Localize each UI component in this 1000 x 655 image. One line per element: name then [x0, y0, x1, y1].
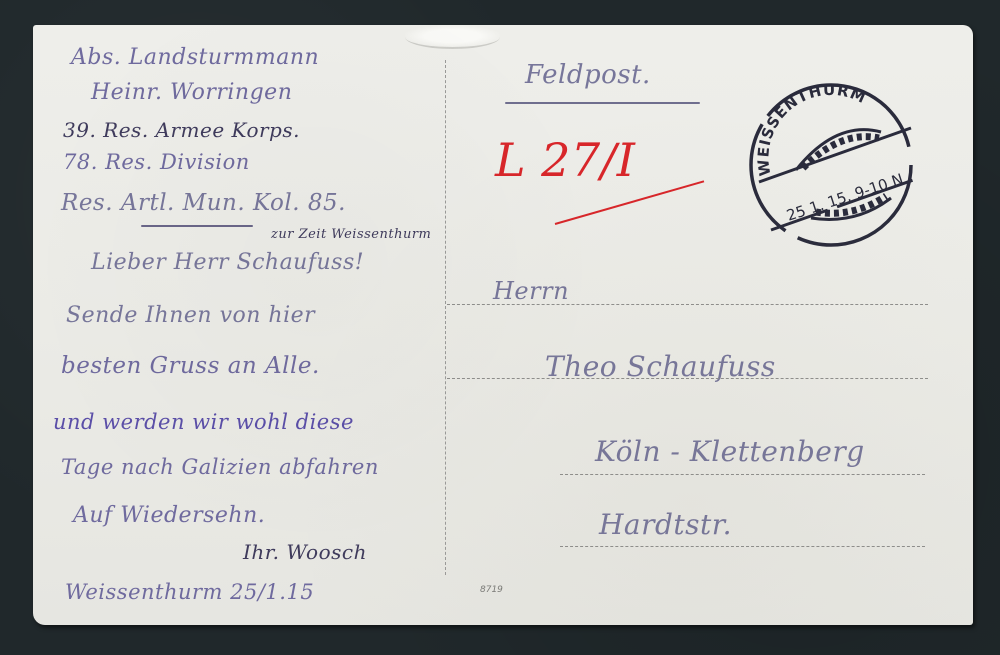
- red-notation-underline: [555, 180, 705, 225]
- address-line-4: [560, 546, 925, 547]
- message-line-4: Tage nach Galizien abfahren: [61, 455, 379, 479]
- address-city: Köln - Klettenberg: [595, 435, 865, 468]
- message-line-1: Sende Ihnen von hier: [66, 303, 315, 328]
- message-line-5: Auf Wiedersehn.: [73, 503, 265, 528]
- postmark-datetime: 25 1. 15. 9-10 N: [784, 170, 905, 225]
- card-divider-line: [445, 60, 446, 575]
- print-number: 8719: [480, 585, 503, 595]
- feldpost-underline: [505, 102, 700, 104]
- postmark-stamp: WEISSENTHURM 25 1. 15. 9-10 N: [741, 70, 921, 250]
- sender-line-5: Res. Artl. Mun. Kol. 85.: [61, 190, 346, 216]
- sender-line-2: Heinr. Worringen: [91, 80, 292, 105]
- sender-line-3: 39. Res. Armee Korps.: [63, 118, 300, 142]
- address-line-3: [560, 474, 925, 475]
- embossed-mark: [405, 25, 500, 49]
- address-line-2: [447, 378, 928, 379]
- sender-underline: [141, 225, 253, 227]
- address-street: Hardtstr.: [599, 508, 732, 541]
- sender-line-4: 78. Res. Division: [63, 150, 250, 174]
- sender-note: zur Zeit Weissenthurm: [271, 227, 431, 242]
- feldpost-label: Feldpost.: [525, 60, 651, 90]
- message-signature: Ihr. Woosch: [243, 540, 367, 564]
- red-notation: L 27/I: [495, 133, 635, 187]
- message-place-date: Weissenthurm 25/1.15: [65, 580, 314, 604]
- postcard: Abs. Landsturmmann Heinr. Worringen 39. …: [33, 25, 973, 625]
- address-salutation: Herrn: [493, 277, 569, 305]
- message-line-2: besten Gruss an Alle.: [61, 353, 320, 379]
- sender-line-1: Abs. Landsturmmann: [71, 45, 319, 70]
- address-line-1: [447, 304, 928, 305]
- message-line-3: und werden wir wohl diese: [53, 410, 354, 434]
- message-greeting: Lieber Herr Schaufuss!: [91, 250, 364, 275]
